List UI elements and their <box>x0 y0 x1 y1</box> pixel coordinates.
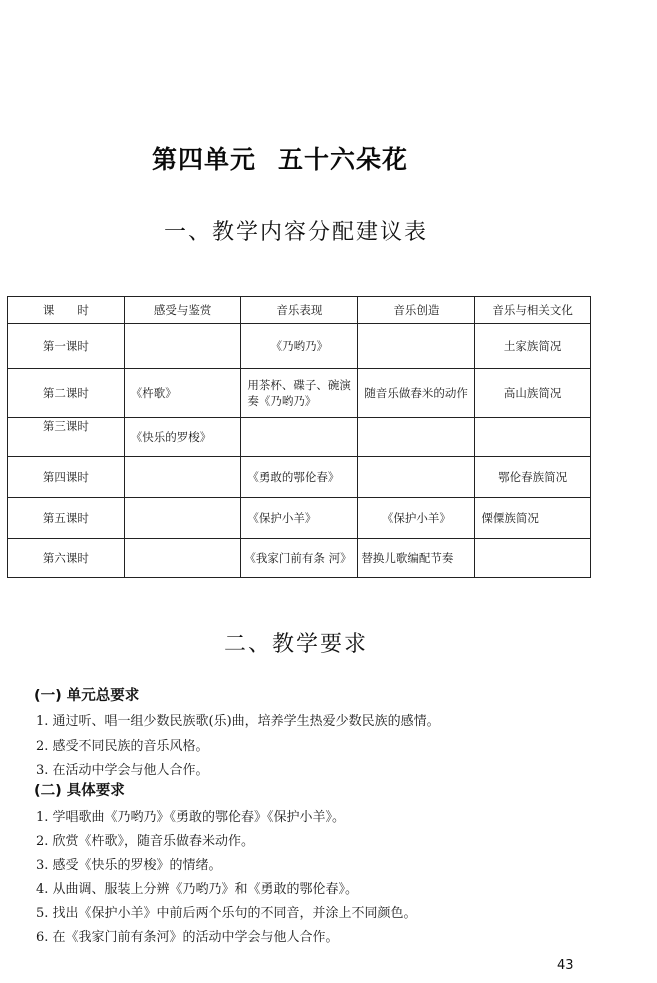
specific-requirement-item: 3. 感受《快乐的罗梭》的情绪。 <box>36 854 222 873</box>
lesson-cell: 第四课时 <box>8 457 125 498</box>
header-lesson: 课 时 <box>8 297 125 324</box>
creation-cell: 替换儿歌编配节奏 <box>358 539 475 578</box>
general-requirement-item: 3. 在活动中学会与他人合作。 <box>36 759 209 778</box>
specific-requirement-item: 4. 从曲调、服装上分辨《乃哟乃》和《勇敢的鄂伦春》。 <box>36 878 358 897</box>
table-header-row: 课 时 感受与鉴赏 音乐表现 音乐创造 音乐与相关文化 <box>8 297 591 324</box>
culture-cell: 高山族简况 <box>475 369 591 418</box>
appreciation-cell: 《快乐的罗梭》 <box>124 418 241 457</box>
lesson-cell: 第一课时 <box>8 324 125 369</box>
performance-cell <box>241 418 358 457</box>
performance-cell: 《勇敢的鄂伦春》 <box>241 457 358 498</box>
performance-cell: 《乃哟乃》 <box>241 324 358 369</box>
appreciation-cell <box>124 457 241 498</box>
lesson-cell: 第六课时 <box>8 539 125 578</box>
header-culture: 音乐与相关文化 <box>475 297 591 324</box>
general-requirement-item: 2. 感受不同民族的音乐风格。 <box>36 735 209 754</box>
page-number: 43 <box>557 958 574 973</box>
unit-name: 五十六朵花 <box>278 145 408 174</box>
table-row: 第三课时 《快乐的罗梭》 <box>8 418 591 457</box>
culture-cell <box>475 539 591 578</box>
culture-cell <box>475 418 591 457</box>
table-row: 第一课时 《乃哟乃》 土家族简况 <box>8 324 591 369</box>
creation-cell <box>358 418 475 457</box>
specific-requirements-heading: (二) 具体要求 <box>34 779 125 800</box>
creation-cell <box>358 457 475 498</box>
appreciation-cell: 《杵歌》 <box>124 369 241 418</box>
culture-cell: 鄂伦春族简况 <box>475 457 591 498</box>
lesson-cell: 第二课时 <box>8 369 125 418</box>
table-row: 第六课时 《我家门前有条 河》 替换儿歌编配节奏 <box>8 539 591 578</box>
table-row: 第四课时 《勇敢的鄂伦春》 鄂伦春族简况 <box>8 457 591 498</box>
section-title-requirements: 二、教学要求 <box>0 627 592 658</box>
unit-title: 第四单元五十六朵花 <box>0 140 560 176</box>
appreciation-cell <box>124 324 241 369</box>
appreciation-cell <box>124 539 241 578</box>
section-title-allocation: 一、教学内容分配建议表 <box>0 215 592 246</box>
performance-cell: 用茶杯、碟子、碗演奏《乃哟乃》 <box>241 369 358 418</box>
creation-cell: 《保护小羊》 <box>358 498 475 539</box>
header-creation: 音乐创造 <box>358 297 475 324</box>
specific-requirement-item: 6. 在《我家门前有条河》的活动中学会与他人合作。 <box>36 926 339 945</box>
header-appreciation: 感受与鉴赏 <box>124 297 241 324</box>
header-performance: 音乐表现 <box>241 297 358 324</box>
performance-cell: 《我家门前有条 河》 <box>241 539 358 578</box>
culture-cell: 傈僳族简况 <box>475 498 591 539</box>
creation-cell <box>358 324 475 369</box>
creation-cell: 随音乐做舂米的动作 <box>358 369 475 418</box>
appreciation-cell <box>124 498 241 539</box>
general-requirements-heading: (一) 单元总要求 <box>34 684 139 705</box>
performance-cell: 《保护小羊》 <box>241 498 358 539</box>
specific-requirement-item: 5. 找出《保护小羊》中前后两个乐句的不同音，并涂上不同颜色。 <box>36 902 417 921</box>
lesson-cell: 第五课时 <box>8 498 125 539</box>
culture-cell: 土家族简况 <box>475 324 591 369</box>
table-row: 第五课时 《保护小羊》 《保护小羊》 傈僳族简况 <box>8 498 591 539</box>
table-row: 第二课时 《杵歌》 用茶杯、碟子、碗演奏《乃哟乃》 随音乐做舂米的动作 高山族简… <box>8 369 591 418</box>
specific-requirement-item: 2. 欣赏《杵歌》，随音乐做舂米动作。 <box>36 830 254 849</box>
content-allocation-table: 课 时 感受与鉴赏 音乐表现 音乐创造 音乐与相关文化 第一课时 《乃哟乃》 土… <box>7 296 591 578</box>
general-requirement-item: 1. 通过听、唱一组少数民族歌(乐)曲，培养学生热爱少数民族的感情。 <box>36 710 440 729</box>
specific-requirement-item: 1. 学唱歌曲《乃哟乃》《勇敢的鄂伦春》《保护小羊》。 <box>36 806 345 825</box>
lesson-cell: 第三课时 <box>8 418 125 457</box>
unit-number: 第四单元 <box>152 145 256 174</box>
